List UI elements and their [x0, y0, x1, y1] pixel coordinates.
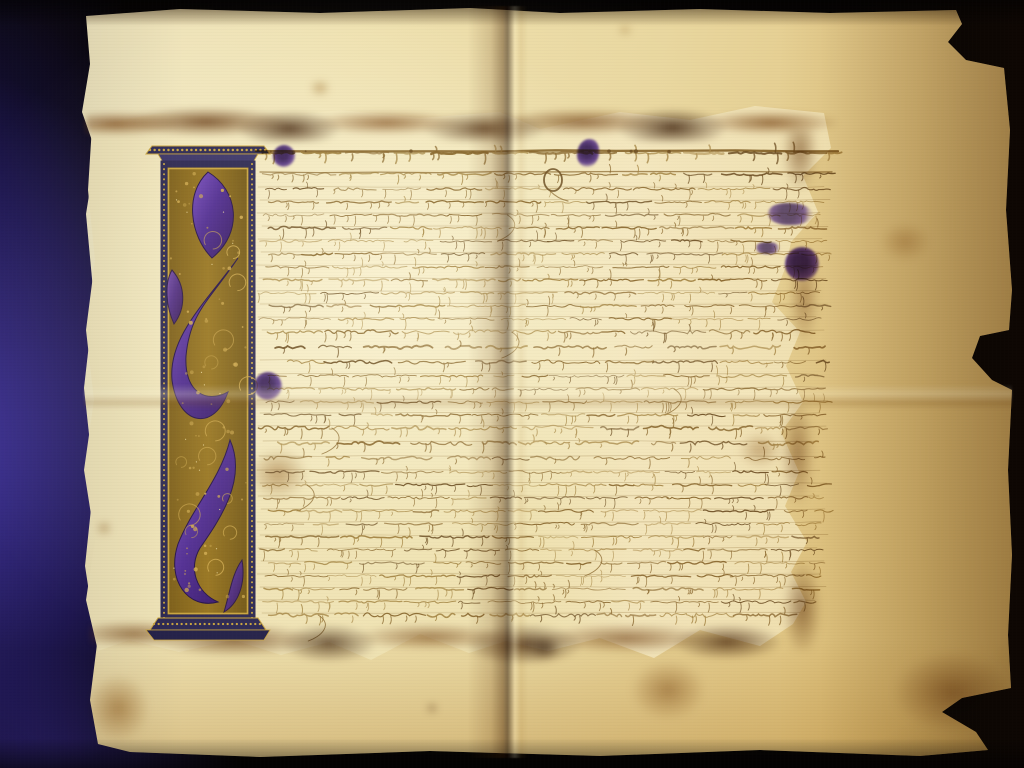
film-grain-overlay: [0, 0, 1024, 768]
manuscript-photo: [0, 0, 1024, 768]
